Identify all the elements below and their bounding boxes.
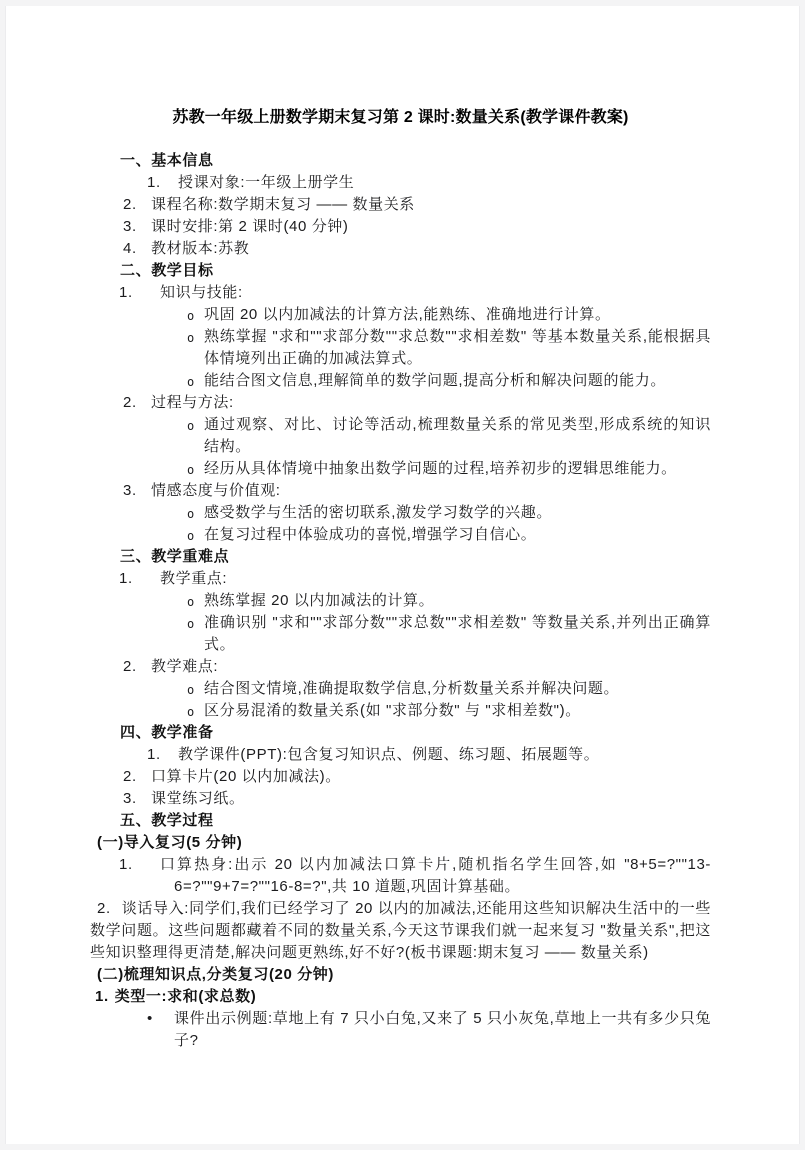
sub-bullet-item: o结合图文情境,准确提取数学信息,分析数量关系并解决问题。 [90, 678, 711, 700]
block-text: (二)梳理知识点,分类复习(20 分钟) [97, 966, 334, 983]
numbered-item: 1.授课对象:一年级上册学生 [90, 172, 711, 194]
block-text: 感受数学与生活的密切联系,激发学习数学的兴趣。 [204, 504, 552, 521]
screenshot-root: { "page": { "background": "#f4f4f5", "pa… [0, 0, 805, 1150]
block-text: 区分易混淆的数量关系(如 "求部分数" 与 "求相差数")。 [204, 702, 581, 719]
block-text: 通过观察、对比、讨论等活动,梳理数量关系的常见类型,形成系统的知识结构。 [204, 416, 711, 455]
list-marker: 2. [123, 656, 137, 678]
numbered-item: 1.教学重点: [90, 568, 711, 590]
numbered-item: 3.情感态度与价值观: [90, 480, 711, 502]
block-text: 四、教学准备 [120, 724, 214, 741]
block-text: 类型一:求和(求总数) [115, 988, 257, 1005]
list-marker: 1. [147, 172, 161, 194]
list-marker: 4. [123, 238, 137, 260]
block-text: 熟练掌握 "求和""求部分数""求总数""求相差数" 等基本数量关系,能根据具体… [204, 328, 711, 367]
sub-bullet-item: o在复习过程中体验成功的喜悦,增强学习自信心。 [90, 524, 711, 546]
list-marker: 2. [123, 392, 137, 414]
block-text: 授课对象:一年级上册学生 [178, 174, 354, 191]
block-text: 知识与技能: [160, 284, 243, 301]
block-text: 能结合图文信息,理解简单的数学问题,提高分析和解决问题的能力。 [204, 372, 666, 389]
block-text: 口算热身:出示 20 以内加减法口算卡片,随机指名学生回答,如 "8+5=?""… [160, 856, 711, 895]
circle-bullet-icon: o [187, 459, 195, 481]
block-text: 课堂练习纸。 [151, 790, 245, 807]
list-marker: 1. [147, 744, 161, 766]
block-text: 课件出示例题:草地上有 7 只小白兔,又来了 5 只小灰兔,草地上一共有多少只兔… [174, 1010, 711, 1049]
block-text: 熟练掌握 20 以内加减法的计算。 [204, 592, 434, 609]
sub-bullet-item: o经历从具体情境中抽象出数学问题的过程,培养初步的逻辑思维能力。 [90, 458, 711, 480]
numbered-item: 1.口算热身:出示 20 以内加减法口算卡片,随机指名学生回答,如 "8+5=?… [90, 854, 711, 898]
type-heading: 1.类型一:求和(求总数) [95, 986, 711, 1008]
block-text: 教学难点: [151, 658, 218, 675]
block-text: 五、教学过程 [120, 812, 214, 829]
block-text: 课程名称:数学期末复习 —— 数量关系 [151, 196, 415, 213]
bullet-item: •课件出示例题:草地上有 7 只小白兔,又来了 5 只小灰兔,草地上一共有多少只… [90, 1008, 711, 1052]
block-text: 教学课件(PPT):包含复习知识点、例题、练习题、拓展题等。 [178, 746, 599, 763]
list-marker: 2. [97, 900, 111, 917]
list-marker: 3. [123, 216, 137, 238]
circle-bullet-icon: o [187, 327, 195, 349]
block-text: 三、教学重难点 [120, 548, 229, 565]
circle-bullet-icon: o [187, 415, 195, 437]
sub-bullet-item: o熟练掌握 20 以内加减法的计算。 [90, 590, 711, 612]
section-heading: 五、教学过程 [120, 810, 711, 832]
section-heading: 四、教学准备 [120, 722, 711, 744]
numbered-item: 4.教材版本:苏教 [90, 238, 711, 260]
sub-bullet-item: o感受数学与生活的密切联系,激发学习数学的兴趣。 [90, 502, 711, 524]
section-heading: 二、教学目标 [120, 260, 711, 282]
block-text: 情感态度与价值观: [151, 482, 281, 499]
section-heading: 一、基本信息 [120, 150, 711, 172]
dot-bullet-icon: • [147, 1008, 153, 1030]
numbered-item: 2.过程与方法: [90, 392, 711, 414]
numbered-item: 2.口算卡片(20 以内加减法)。 [90, 766, 711, 788]
numbered-item: 1.教学课件(PPT):包含复习知识点、例题、练习题、拓展题等。 [90, 744, 711, 766]
circle-bullet-icon: o [187, 613, 195, 635]
paragraph: 2.谈话导入:同学们,我们已经学习了 20 以内的加减法,还能用这些知识解决生活… [90, 898, 711, 964]
block-text: 巩固 20 以内加减法的计算方法,能熟练、准确地进行计算。 [204, 306, 611, 323]
list-marker: 1. [95, 988, 109, 1005]
sub-bullet-item: o熟练掌握 "求和""求部分数""求总数""求相差数" 等基本数量关系,能根据具… [90, 326, 711, 370]
list-marker: 2. [123, 194, 137, 216]
block-text: 在复习过程中体验成功的喜悦,增强学习自信心。 [204, 526, 536, 543]
block-text: 教材版本:苏教 [151, 240, 249, 257]
block-text: 口算卡片(20 以内加减法)。 [151, 768, 341, 785]
circle-bullet-icon: o [187, 701, 195, 723]
sub-bullet-item: o能结合图文信息,理解简单的数学问题,提高分析和解决问题的能力。 [90, 370, 711, 392]
circle-bullet-icon: o [187, 503, 195, 525]
circle-bullet-icon: o [187, 305, 195, 327]
numbered-item: 2.课程名称:数学期末复习 —— 数量关系 [90, 194, 711, 216]
sub-bullet-item: o区分易混淆的数量关系(如 "求部分数" 与 "求相差数")。 [90, 700, 711, 722]
numbered-item: 3.课时安排:第 2 课时(40 分钟) [90, 216, 711, 238]
circle-bullet-icon: o [187, 679, 195, 701]
circle-bullet-icon: o [187, 525, 195, 547]
numbered-item: 3.课堂练习纸。 [90, 788, 711, 810]
block-text: 谈话导入:同学们,我们已经学习了 20 以内的加减法,还能用这些知识解决生活中的… [90, 900, 711, 961]
block-text: (一)导入复习(5 分钟) [97, 834, 242, 851]
circle-bullet-icon: o [187, 371, 195, 393]
numbered-item: 1.知识与技能: [90, 282, 711, 304]
sub-bullet-item: o通过观察、对比、讨论等活动,梳理数量关系的常见类型,形成系统的知识结构。 [90, 414, 711, 458]
block-text: 过程与方法: [151, 394, 234, 411]
document-content: 苏教一年级上册数学期末复习第 2 课时:数量关系(教学课件教案) 一、基本信息1… [6, 6, 799, 1052]
block-text: 结合图文情境,准确提取数学信息,分析数量关系并解决问题。 [204, 680, 619, 697]
block-text: 一、基本信息 [120, 152, 214, 169]
circle-bullet-icon: o [187, 591, 195, 613]
list-marker: 3. [123, 480, 137, 502]
block-text: 经历从具体情境中抽象出数学问题的过程,培养初步的逻辑思维能力。 [204, 460, 677, 477]
document-title: 苏教一年级上册数学期末复习第 2 课时:数量关系(教学课件教案) [90, 106, 711, 130]
list-marker: 2. [123, 766, 137, 788]
document-page: 苏教一年级上册数学期末复习第 2 课时:数量关系(教学课件教案) 一、基本信息1… [5, 6, 800, 1144]
subsection-heading: (一)导入复习(5 分钟) [97, 832, 711, 854]
subsection-heading: (二)梳理知识点,分类复习(20 分钟) [97, 964, 711, 986]
block-text: 课时安排:第 2 课时(40 分钟) [151, 218, 349, 235]
section-heading: 三、教学重难点 [120, 546, 711, 568]
block-text: 教学重点: [160, 570, 227, 587]
list-marker: 3. [123, 788, 137, 810]
document-body: 一、基本信息1.授课对象:一年级上册学生2.课程名称:数学期末复习 —— 数量关… [90, 150, 711, 1052]
block-text: 二、教学目标 [120, 262, 214, 279]
sub-bullet-item: o巩固 20 以内加减法的计算方法,能熟练、准确地进行计算。 [90, 304, 711, 326]
sub-bullet-item: o准确识别 "求和""求部分数""求总数""求相差数" 等数量关系,并列出正确算… [90, 612, 711, 656]
numbered-item: 2.教学难点: [90, 656, 711, 678]
block-text: 准确识别 "求和""求部分数""求总数""求相差数" 等数量关系,并列出正确算式… [204, 614, 711, 653]
